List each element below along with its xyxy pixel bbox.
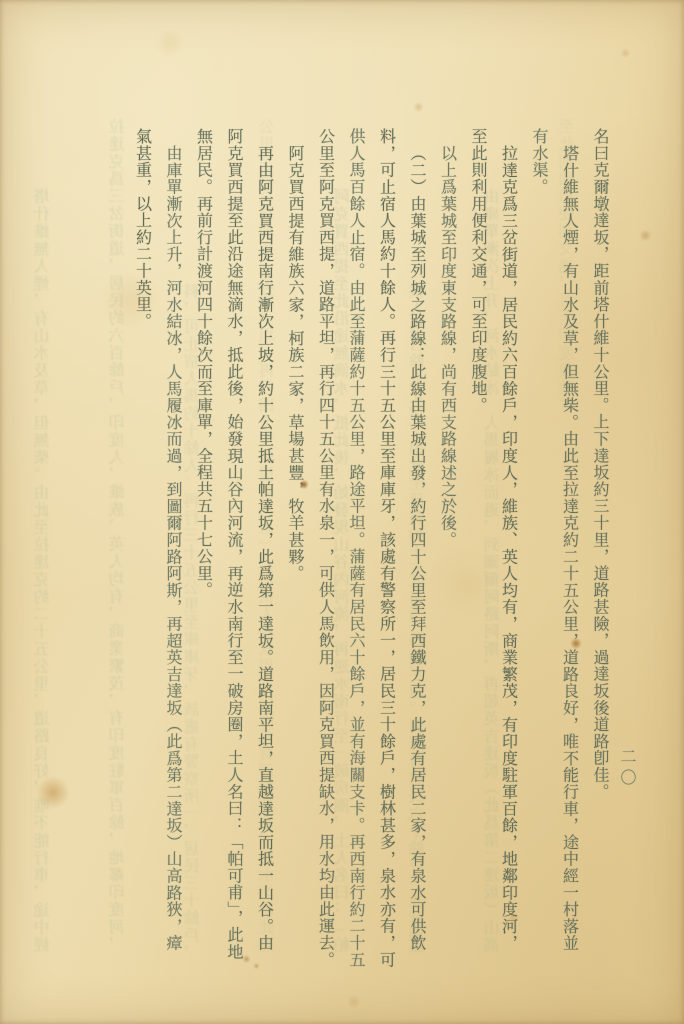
text-column: 塔什維無人煙，有山水及草，但無柴。由此至拉達克約二十五公里，道路良好，唯不能行車…	[553, 128, 584, 948]
text-column: 以上爲葉城至印度東支路線，尚有西支路線述之於後。	[431, 128, 462, 948]
text-column: 由庫單漸次上升，河水結冰，人馬履冰而過，到圖爾阿路阿斯，再超英吉達坂（此爲第二達…	[157, 128, 188, 948]
paper-stain	[34, 776, 72, 809]
paper-stain	[346, 996, 362, 1008]
text-column: （二）由葉城至列城之路線：此線由葉城出發，約行四十公里至拜西鐵力克，此處有居民二…	[401, 128, 432, 948]
text-column: 名曰克爾墩達坂，距前塔什維十公里。上下達坂約三十里，道路甚險，過達坂後道路卽佳。	[584, 128, 615, 948]
text-column: 供人馬百餘人止宿。由此至蒲薩約十五公里，路途平坦。蒲薩有居民六十餘戶，並有海關支…	[340, 128, 371, 948]
paper-stain	[253, 963, 260, 969]
text-column: 阿克買西提至此沿途無滴水，抵此後，始發現山谷內河流，再逆水南行至一破房圈，土人名…	[218, 128, 249, 948]
paper-stain	[639, 230, 652, 241]
text-column: 有水渠。	[523, 128, 554, 948]
paper-stain	[620, 48, 631, 58]
text-column: 無居民。再前行計渡河四十餘次而至庫單，全程共五十七公里。	[187, 128, 218, 948]
text-column: 公里至阿克買西提，道路平坦，再行四十五公里有水泉一，可供人馬飲用，因阿克買西提缺…	[309, 128, 340, 948]
text-block: 名曰克爾墩達坂，距前塔什維十公里。上下達坂約三十里，道路甚險，過達坂後道路卽佳。…	[126, 128, 614, 952]
text-column: 氣甚重，以上約二十英里。	[126, 128, 157, 948]
text-column: 至此則利用便利交通，可至印度腹地。	[462, 128, 493, 948]
paper-stain	[150, 30, 190, 56]
text-column: 阿克買西提有維族六家，柯族二家，草場甚豐，牧羊甚夥。	[279, 128, 310, 948]
bleedthrough-column: 塔什維無人煙，有山水及草，但無柴。由此至拉達克約二十五公里，道路良好，唯不能行車…	[28, 118, 59, 952]
paper-stain	[242, 955, 251, 963]
page-number: 二〇	[615, 748, 638, 790]
text-column: 料，可止宿人馬約十餘人。再行三十五公里至庫庫牙，該處有警察所一，居民三十餘戶，樹…	[370, 128, 401, 948]
scanned-page: 塔什維無人煙，有山水及草，但無柴。由此至拉達克約二十五公里，道路良好，唯不能行車…	[0, 0, 684, 1024]
paper-stain	[413, 102, 424, 112]
text-column: 再由阿克買西提南行漸次上坡，約十公里抵土帕達坂，此爲第一達坂。道路南平坦，直越達…	[248, 128, 279, 948]
text-column: 拉達克爲三岔街道，居民約六百餘戶，印度人，維族、英人均有，商業繁茂，有印度駐軍百…	[492, 128, 523, 948]
